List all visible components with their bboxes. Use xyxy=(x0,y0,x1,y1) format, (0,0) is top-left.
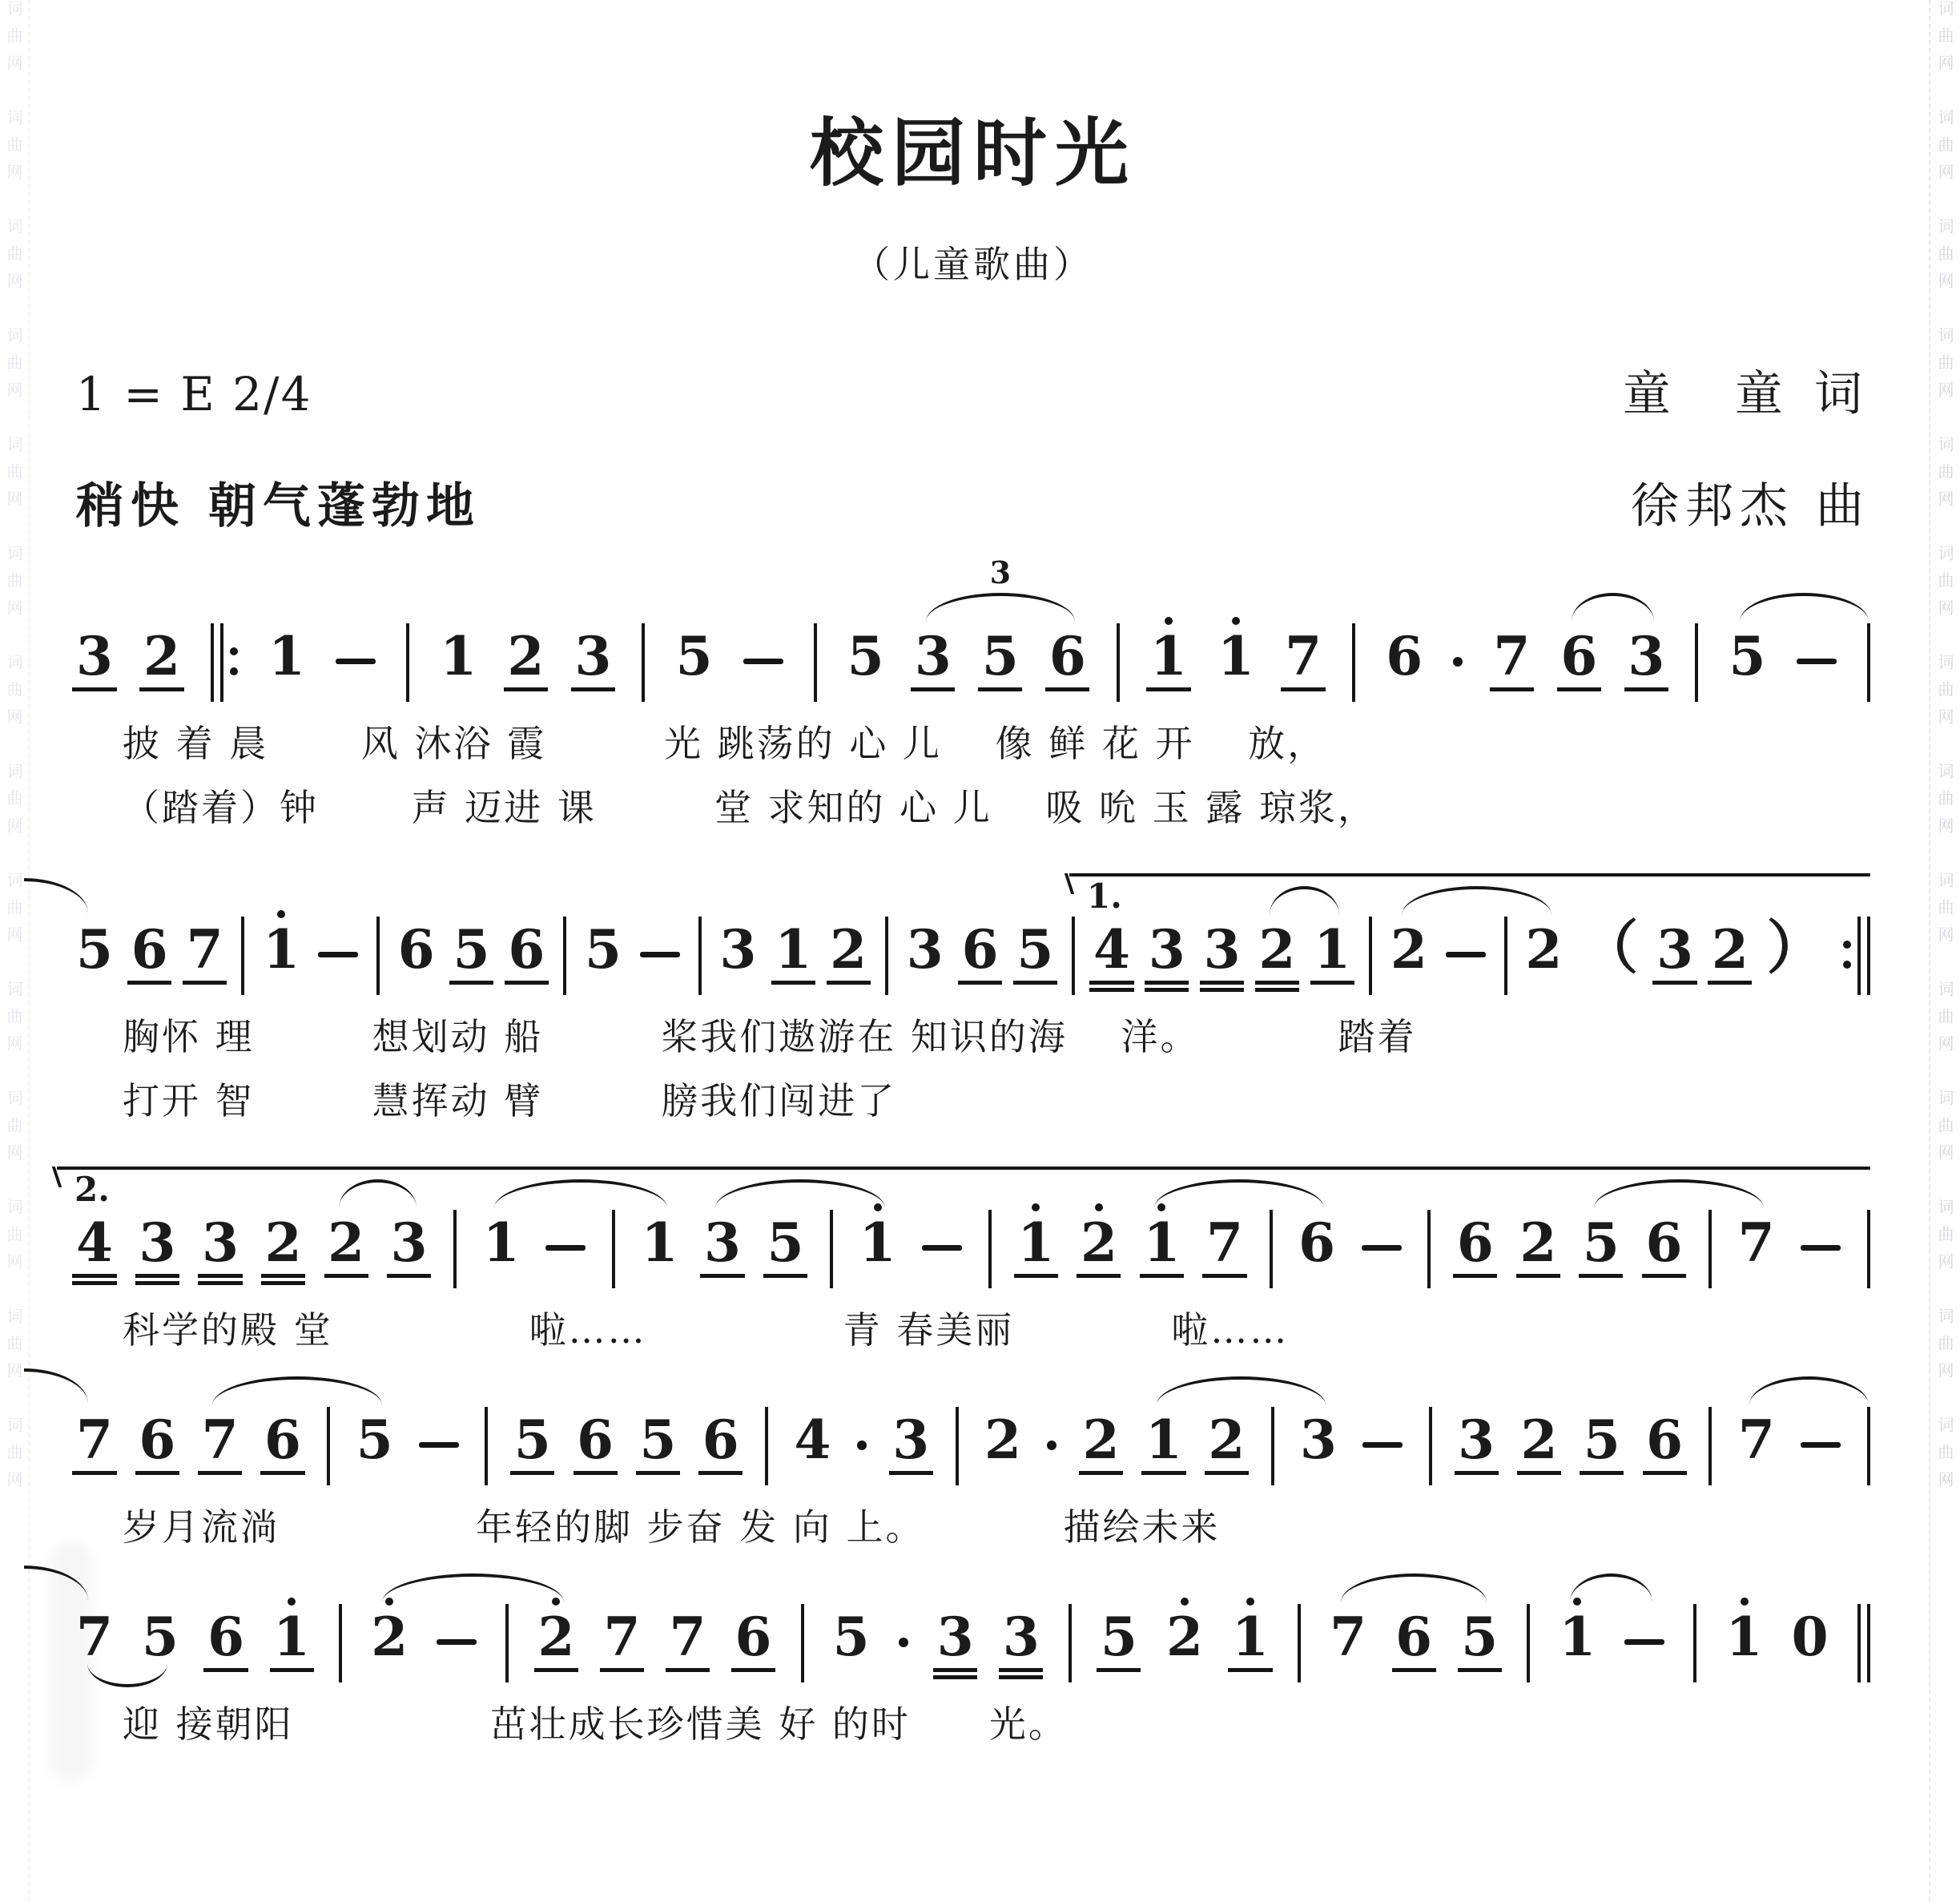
beam-line xyxy=(1516,1274,1560,1278)
note-5: 5 xyxy=(1101,1593,1137,1672)
note-digit: 1 xyxy=(642,1215,678,1271)
beams xyxy=(514,1468,551,1475)
beam-line xyxy=(72,687,116,691)
note-digit: 6 xyxy=(702,1412,739,1468)
slur xyxy=(1749,1376,1869,1405)
barline-stroke xyxy=(211,623,214,702)
beams xyxy=(1143,1271,1180,1278)
note-digit: 3 xyxy=(1149,921,1185,977)
note-digit: 1 xyxy=(859,1215,896,1271)
note-1: 1 xyxy=(1017,1199,1054,1278)
note-5: 5 xyxy=(639,1396,676,1475)
lyric-line: （踏着）钟 声 迈进 课 堂 求知的 心 儿 吸 吮 玉 露 琼浆， xyxy=(76,785,1870,830)
note-digit: 5 xyxy=(356,1412,393,1468)
note-7: 7 xyxy=(187,905,223,985)
beams xyxy=(1628,684,1664,691)
note-1: 1 xyxy=(1232,1593,1269,1672)
note-5: 5 xyxy=(847,612,884,684)
note-2: 2 xyxy=(1208,1396,1245,1475)
note-digit: 2 xyxy=(1712,921,1749,977)
note-digit: 3 xyxy=(574,628,611,684)
note-3: 3 xyxy=(1003,1593,1040,1679)
duration-dash xyxy=(419,1442,459,1448)
beams xyxy=(937,1665,974,1679)
beam-line xyxy=(198,1274,242,1278)
tempo-marking: 稍快 朝气蓬勃地 xyxy=(76,468,481,537)
beam-line xyxy=(1200,988,1244,992)
note-digit: 5 xyxy=(982,628,1019,684)
beam-line xyxy=(1014,1274,1058,1278)
duration-dash xyxy=(1362,1245,1402,1251)
beam-line xyxy=(1200,981,1244,985)
note-7: 7 xyxy=(76,1396,113,1475)
note-6: 6 xyxy=(1049,612,1086,691)
lyric-line: 科学的殿 堂 啦…… 青 春美丽 啦…… xyxy=(76,1308,1870,1352)
note-3: 3 xyxy=(1204,905,1241,992)
note-digit: 3 xyxy=(720,921,757,977)
note-digit: 2 xyxy=(1083,1412,1120,1468)
beams xyxy=(76,1468,113,1475)
volta-bracket: 2. xyxy=(57,1167,1870,1194)
beam-line xyxy=(1557,687,1601,691)
parenthesis: ） xyxy=(1767,912,1825,984)
note-5: 5 xyxy=(514,1396,551,1475)
note-3: 3 xyxy=(1458,1396,1495,1475)
beam-line xyxy=(1255,981,1299,985)
note-digit: 1 xyxy=(1145,1412,1182,1468)
watermark-left: 词曲网 词曲网 词曲网 词曲网 词曲网 词曲网 词曲网 词曲网 词曲网 词曲网 … xyxy=(2,0,30,1902)
note-digit: 3 xyxy=(139,1215,176,1271)
note-2: 2 xyxy=(1081,1199,1117,1278)
note-3: 3 xyxy=(1656,905,1693,985)
note-7: 7 xyxy=(1206,1199,1243,1278)
note-6: 6 xyxy=(207,1593,244,1672)
beam-line xyxy=(763,1274,807,1278)
beams xyxy=(775,977,811,985)
note-5: 5 xyxy=(982,612,1019,691)
beam-line xyxy=(72,1471,116,1475)
barline xyxy=(814,623,817,702)
note-digit: 4 xyxy=(1093,921,1130,977)
note-5: 5 xyxy=(1461,1593,1498,1672)
beam-line xyxy=(600,1668,644,1672)
repeat-dot xyxy=(230,667,238,675)
beam-line xyxy=(1624,687,1668,691)
note-6: 6 xyxy=(577,1396,614,1475)
note-digit: 5 xyxy=(1729,628,1766,684)
note-3: 3 xyxy=(1149,905,1185,992)
beam-line xyxy=(72,1281,116,1285)
note-digit: 3 xyxy=(1458,1412,1495,1468)
beam-line xyxy=(1228,1668,1272,1672)
note-digit: 2 xyxy=(1520,1412,1557,1468)
beam-line xyxy=(1517,1471,1561,1475)
augmentation-dot xyxy=(899,1638,908,1647)
beam-line xyxy=(135,1281,179,1285)
note-digit: 6 xyxy=(962,921,999,977)
beams xyxy=(537,1665,574,1672)
beams xyxy=(1584,1468,1620,1475)
beams xyxy=(508,977,545,985)
note-1: 1 xyxy=(1217,612,1254,684)
beam-line xyxy=(1490,687,1534,691)
key-signature: 1 = E 2/4 xyxy=(76,367,312,421)
octave-dot xyxy=(1095,1203,1103,1211)
note-7: 7 xyxy=(1738,1396,1775,1468)
music-system-1: 32112355356117676353披 着 晨 风 沐浴 霞 光 跳荡的 心… xyxy=(76,574,1870,830)
song-title: 校园时光 xyxy=(76,95,1870,200)
barline xyxy=(1708,1210,1712,1288)
lyric-line: 迎 接朝阳 茁壮成长珍惜美 好 的时 光。 xyxy=(76,1702,1870,1747)
augmentation-dot xyxy=(1047,1441,1056,1450)
barline xyxy=(453,1210,457,1288)
note-digit: 2 xyxy=(1208,1412,1245,1468)
note-digit: 1 xyxy=(1217,628,1254,684)
beams xyxy=(1493,684,1530,691)
beam-line xyxy=(999,1675,1043,1679)
note-1: 1 xyxy=(1145,1396,1182,1475)
note-3: 3 xyxy=(1300,1396,1337,1468)
note-6: 6 xyxy=(702,1396,739,1475)
note-6: 6 xyxy=(1645,1199,1682,1278)
note-2: 2 xyxy=(830,905,867,985)
barline xyxy=(327,1407,330,1485)
beams xyxy=(1093,977,1130,992)
barline xyxy=(1270,1210,1273,1288)
note-digit: 6 xyxy=(1386,628,1423,684)
barline xyxy=(1072,917,1075,995)
octave-dot xyxy=(1232,617,1240,625)
beam-line xyxy=(1392,1668,1436,1672)
notes-row: 767655656432212332567 xyxy=(76,1396,1870,1485)
beam-line xyxy=(135,1274,179,1278)
beams xyxy=(1081,1271,1117,1278)
barline xyxy=(1429,1407,1432,1485)
note-digit: 6 xyxy=(577,1412,614,1468)
note-1: 1 xyxy=(1726,1593,1763,1665)
note-digit: 2 xyxy=(1081,1215,1117,1271)
slur xyxy=(1570,1574,1652,1602)
note-digit: 2 xyxy=(1391,921,1427,977)
note-digit: 1 xyxy=(1726,1609,1763,1665)
note-3: 3 xyxy=(76,612,113,691)
note-7: 7 xyxy=(76,1593,113,1665)
note-digit: 0 xyxy=(1792,1609,1829,1665)
beams xyxy=(1646,1468,1683,1475)
note-2: 2 xyxy=(371,1593,408,1665)
beam-line xyxy=(700,1274,744,1278)
note-digit: 6 xyxy=(264,1412,301,1468)
beam-line xyxy=(574,1471,618,1475)
volta-number: 2. xyxy=(74,1170,110,1209)
beams xyxy=(1520,1468,1557,1475)
notes-row: 567165653123654332122（32）1. xyxy=(76,905,1870,995)
beam-line xyxy=(1089,981,1133,985)
note-6: 6 xyxy=(508,905,545,985)
note-digit: 6 xyxy=(1457,1215,1494,1271)
note-2: 2 xyxy=(507,612,544,691)
note-4: 4 xyxy=(76,1199,113,1285)
note-digit: 6 xyxy=(1645,1215,1682,1271)
note-digit: 7 xyxy=(1493,628,1530,684)
tie-below xyxy=(87,1663,167,1687)
note-6: 6 xyxy=(1560,612,1597,691)
beam-line xyxy=(1580,1471,1624,1475)
note-digit: 2 xyxy=(1258,921,1295,977)
beam-line xyxy=(270,1668,314,1672)
barline xyxy=(485,1407,488,1485)
repeat-dots xyxy=(230,647,238,675)
note-digit: 3 xyxy=(1204,921,1241,977)
note-5: 5 xyxy=(1016,905,1053,985)
beam-line xyxy=(135,1471,179,1475)
beam-line xyxy=(1455,1471,1499,1475)
final-barline xyxy=(1857,1604,1870,1682)
note-2: 2 xyxy=(1525,905,1562,977)
note-digit: 2 xyxy=(265,1215,302,1271)
note-1: 1 xyxy=(775,905,811,985)
repeat-dots xyxy=(1843,941,1851,969)
note-5: 5 xyxy=(676,612,713,684)
beam-line xyxy=(324,1274,368,1278)
note-5: 5 xyxy=(585,905,622,977)
beams xyxy=(1204,977,1241,992)
note-digit: 5 xyxy=(142,1609,179,1665)
beams xyxy=(574,684,611,691)
beams xyxy=(577,1468,614,1475)
duration-dash xyxy=(1624,1639,1664,1645)
note-digit: 6 xyxy=(131,921,168,977)
note-digit: 5 xyxy=(639,1412,676,1468)
note-5: 5 xyxy=(1584,1396,1620,1475)
barline-stroke xyxy=(1867,917,1870,995)
barline xyxy=(1271,1407,1274,1485)
augmentation-dot xyxy=(1453,657,1463,667)
beam-line xyxy=(534,1668,578,1672)
beam-line xyxy=(72,1274,116,1278)
volta-bracket: 1. xyxy=(1069,873,1870,901)
barline-stroke xyxy=(1857,917,1861,995)
beam-line xyxy=(571,687,615,691)
repeat-end-barline xyxy=(1843,917,1870,995)
barline xyxy=(1069,1604,1072,1682)
note-1: 1 xyxy=(263,905,300,977)
composer-credit: 徐邦杰 曲 xyxy=(1631,468,1870,537)
barline xyxy=(1298,1604,1301,1682)
beams xyxy=(264,1468,301,1475)
beam-line xyxy=(203,1668,248,1672)
note-digit: 1 xyxy=(273,1609,310,1665)
barline xyxy=(1527,1604,1530,1682)
note-6: 6 xyxy=(398,905,435,977)
watermark-right: 词曲网 词曲网 词曲网 词曲网 词曲网 词曲网 词曲网 词曲网 词曲网 词曲网 … xyxy=(1929,0,1957,1902)
music-system-5: 756122776533521765110迎 接朝阳 茁壮成长珍惜美 好 的时 … xyxy=(76,1554,1870,1747)
barline xyxy=(1693,1604,1696,1682)
song-genre: （儿童歌曲） xyxy=(76,236,1870,288)
beams xyxy=(1645,1271,1682,1278)
barline xyxy=(406,623,409,702)
note-digit: 5 xyxy=(76,921,113,977)
note-2: 2 xyxy=(1083,1396,1120,1475)
note-1: 1 xyxy=(1143,1199,1180,1278)
beam-line xyxy=(510,1471,554,1475)
note-digit: 3 xyxy=(892,1412,929,1468)
beam-line xyxy=(1097,1668,1141,1672)
note-2: 2 xyxy=(984,1396,1021,1468)
barline xyxy=(1369,917,1372,995)
barline xyxy=(698,917,702,995)
beam-line xyxy=(198,1281,242,1285)
lyricist-credit: 童 童 词 xyxy=(1623,356,1870,425)
beams xyxy=(1017,1271,1054,1278)
note-digit: 5 xyxy=(676,628,713,684)
beams xyxy=(603,1665,640,1672)
augmentation-dot xyxy=(857,1441,867,1450)
barline xyxy=(1427,1210,1431,1288)
note-5: 5 xyxy=(833,1593,870,1665)
beam-line xyxy=(1077,1274,1121,1278)
repeat-dot xyxy=(230,647,238,655)
beam-line xyxy=(1140,1274,1184,1278)
note-digit: 7 xyxy=(187,921,223,977)
note-digit: 7 xyxy=(1285,628,1322,684)
note-digit: 2 xyxy=(507,628,544,684)
slur xyxy=(1341,1574,1487,1602)
barline xyxy=(339,1604,342,1682)
beams xyxy=(265,1271,302,1285)
beams xyxy=(1149,977,1185,992)
barline xyxy=(830,1210,833,1288)
note-digit: 7 xyxy=(603,1609,640,1665)
tuplet-number: 3 xyxy=(990,554,1011,590)
beams xyxy=(453,977,490,985)
beams xyxy=(273,1665,310,1672)
beams xyxy=(202,1468,239,1475)
beams xyxy=(1150,684,1187,691)
note-6: 6 xyxy=(139,1396,175,1475)
beams xyxy=(1519,1271,1556,1278)
note-digit: 5 xyxy=(1016,921,1053,977)
note-6: 6 xyxy=(131,905,168,985)
octave-dot xyxy=(1741,1598,1749,1606)
note-2: 2 xyxy=(143,612,180,691)
beams xyxy=(1003,1665,1040,1679)
beam-line xyxy=(933,1668,977,1672)
beam-line xyxy=(1453,1274,1497,1278)
note-7: 7 xyxy=(670,1593,706,1672)
note-1: 1 xyxy=(1150,612,1187,691)
note-5: 5 xyxy=(453,905,490,985)
beams xyxy=(915,684,952,691)
beam-line xyxy=(958,981,1002,985)
note-digit: 2 xyxy=(143,628,180,684)
beams xyxy=(207,1665,244,1672)
note-7: 7 xyxy=(603,1593,640,1672)
note-digit: 2 xyxy=(984,1412,1021,1468)
beam-line xyxy=(911,687,955,691)
beam-line xyxy=(1145,981,1189,985)
barline-stroke xyxy=(220,623,223,702)
note-digit: 3 xyxy=(704,1215,741,1271)
barline xyxy=(885,917,888,995)
notes-row: 756122776533521765110 xyxy=(76,1593,1870,1682)
note-3: 3 xyxy=(720,905,757,977)
note-digit: 3 xyxy=(1656,921,1693,977)
music-system-3: 4332231135112176625672.科学的殿 堂 啦…… 青 春美丽 … xyxy=(76,1128,1870,1352)
incoming-slur xyxy=(24,1566,88,1601)
note-digit: 3 xyxy=(915,628,952,684)
duration-dash xyxy=(1362,1442,1403,1448)
note-3: 3 xyxy=(907,905,944,977)
note-6: 6 xyxy=(1457,1199,1494,1278)
beam-line xyxy=(1708,981,1752,985)
note-6: 6 xyxy=(735,1593,772,1672)
note-3: 3 xyxy=(1628,612,1664,691)
duration-dash xyxy=(1801,1245,1841,1251)
duration-dash xyxy=(336,659,376,664)
lyric-line: 胸怀 理 想划动 船 桨我们遨游在 知识的海 洋。 踏着 xyxy=(76,1014,1870,1059)
beam-line xyxy=(1145,988,1189,992)
note-2: 2 xyxy=(1258,905,1295,992)
note-digit: 1 xyxy=(1150,628,1187,684)
octave-dot xyxy=(1165,617,1173,625)
note-4: 4 xyxy=(795,1396,831,1468)
beams xyxy=(139,1271,176,1285)
note-1: 1 xyxy=(859,1199,896,1271)
triplet-slur: 3 xyxy=(926,593,1075,622)
beams xyxy=(735,1665,772,1672)
barline-stroke xyxy=(1867,1604,1870,1682)
note-digit: 1 xyxy=(775,921,811,977)
beam-line xyxy=(449,981,493,985)
duration-dash xyxy=(437,1639,477,1645)
beam-line xyxy=(1045,687,1089,691)
barline xyxy=(1695,623,1698,702)
note-digit: 2 xyxy=(371,1609,408,1665)
note-digit: 6 xyxy=(508,921,545,977)
note-digit: 5 xyxy=(514,1412,551,1468)
score: 32112355356117676353披 着 晨 风 沐浴 霞 光 跳荡的 心… xyxy=(76,574,1870,1747)
note-digit: 7 xyxy=(1206,1215,1243,1271)
note-digit: 2 xyxy=(1519,1215,1556,1271)
slur xyxy=(212,1376,381,1405)
beam-line xyxy=(827,981,871,985)
beam-line xyxy=(771,981,815,985)
note-6: 6 xyxy=(962,905,999,985)
beam-line xyxy=(1202,1274,1246,1278)
beam-line xyxy=(1643,1471,1687,1475)
note-2: 2 xyxy=(1712,905,1749,985)
beams xyxy=(507,684,544,691)
volta-number: 1. xyxy=(1087,876,1122,916)
beams xyxy=(1583,1271,1620,1278)
beam-line xyxy=(1205,1471,1249,1475)
beams xyxy=(1206,1271,1243,1278)
barline-stroke xyxy=(1857,1604,1861,1682)
note-digit: 3 xyxy=(1300,1412,1337,1468)
note-digit: 4 xyxy=(76,1215,113,1271)
note-digit: 6 xyxy=(1395,1609,1432,1665)
barline xyxy=(1117,623,1120,702)
barline xyxy=(1867,1407,1870,1485)
beam-line xyxy=(261,1281,305,1285)
note-5: 5 xyxy=(76,905,113,977)
beams xyxy=(1458,1468,1495,1475)
beams xyxy=(704,1271,741,1278)
note-digit: 6 xyxy=(1560,628,1597,684)
beam-line xyxy=(731,1668,775,1672)
slur xyxy=(1740,593,1869,622)
